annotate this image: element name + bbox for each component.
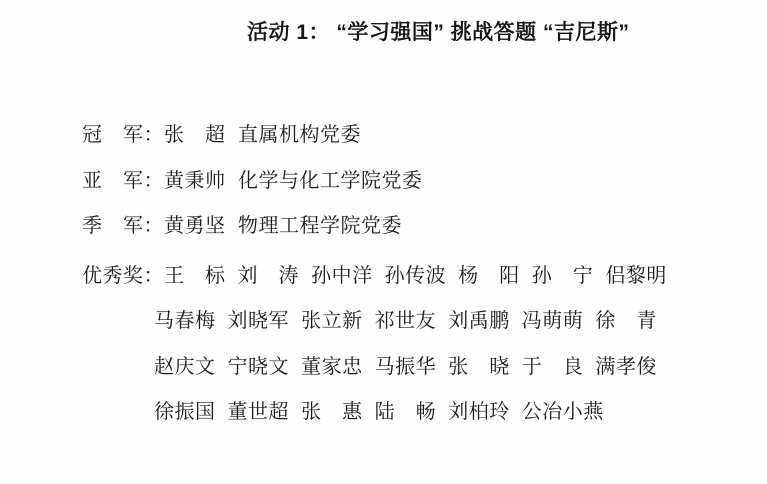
document-page: 活动 1： “学习强国” 挑战答题 “吉尼斯” 冠 军： 张 超 直属机构党委 … <box>0 0 767 484</box>
excellence-names-row-3: 赵庆文 宁晓文 董家忠 马振华 张 晓 于 良 满孝俊 <box>154 350 657 379</box>
award-row-third-place: 季 军： 黄勇坚 物理工程学院党委 <box>82 201 757 247</box>
award-row-excellence-2: 马春梅 刘晓军 张立新 祁世友 刘禹鹏 冯萌萌 徐 青 <box>82 296 757 342</box>
document-title: 活动 1： “学习强国” 挑战答题 “吉尼斯” <box>247 16 630 46</box>
winner-org-champion: 直属机构党委 <box>238 118 361 147</box>
award-row-champion: 冠 军： 张 超 直属机构党委 <box>82 110 757 156</box>
rank-label-champion: 冠 军： <box>82 118 164 147</box>
winner-org-runner-up: 化学与化工学院党委 <box>238 164 423 193</box>
rank-label-third-place: 季 军： <box>82 209 164 238</box>
award-row-excellence-4: 徐振国 董世超 张 惠 陆 畅 刘柏玲 公冶小燕 <box>82 387 757 433</box>
excellence-names-row-1: 王 标 刘 涛 孙中洋 孙传波 杨 阳 孙 宁 侣黎明 <box>164 259 667 288</box>
award-row-excellence-3: 赵庆文 宁晓文 董家忠 马振华 张 晓 于 良 满孝俊 <box>82 342 757 388</box>
award-row-excellence-1: 优秀奖： 王 标 刘 涛 孙中洋 孙传波 杨 阳 孙 宁 侣黎明 <box>82 251 757 297</box>
winner-name-runner-up: 黄秉帅 <box>164 164 228 193</box>
excellence-names-row-4: 徐振国 董世超 张 惠 陆 畅 刘柏玲 公冶小燕 <box>154 395 604 424</box>
winner-name-third-place: 黄勇坚 <box>164 209 228 238</box>
rank-label-runner-up: 亚 军： <box>82 164 164 193</box>
winner-org-third-place: 物理工程学院党委 <box>238 209 402 238</box>
winner-name-champion: 张 超 <box>164 118 228 147</box>
excellence-names-row-2: 马春梅 刘晓军 张立新 祁世友 刘禹鹏 冯萌萌 徐 青 <box>154 304 657 333</box>
award-list: 冠 军： 张 超 直属机构党委 亚 军： 黄秉帅 化学与化工学院党委 季 军： … <box>82 110 757 433</box>
rank-label-excellence: 优秀奖： <box>82 259 164 288</box>
award-row-runner-up: 亚 军： 黄秉帅 化学与化工学院党委 <box>82 156 757 202</box>
